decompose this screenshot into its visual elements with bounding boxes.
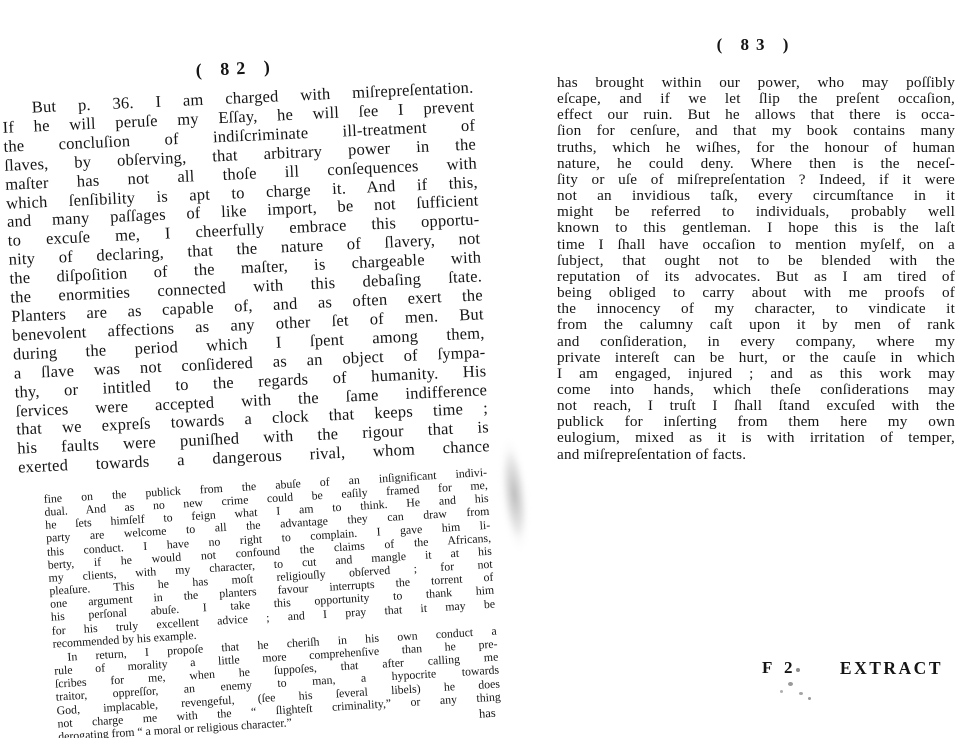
text-line: publick for inſerting from them here my … bbox=[557, 414, 955, 430]
text-line: truths, which he wiſhes, for the honour … bbox=[557, 140, 955, 156]
ink-speck bbox=[808, 697, 811, 700]
right-page: ( 83 ) has brought within our power, who… bbox=[557, 34, 955, 463]
text-line: time I ſhall have occaſion to mention my… bbox=[557, 237, 955, 253]
ink-speck bbox=[788, 682, 793, 686]
binding-smudge-artifact bbox=[488, 399, 536, 573]
text-line: has brought within our power, who may po… bbox=[557, 75, 955, 91]
text-line: known to this gentleman. I hope this is … bbox=[557, 220, 955, 236]
text-line: nature, he could deny. Where then is the… bbox=[557, 156, 955, 172]
text-line: effect our ruin. But he allows that ther… bbox=[557, 107, 955, 123]
left-main-text: But p. 36. I am charged with miſrepreſen… bbox=[1, 79, 490, 478]
text-line: the innocency of my character, to vindic… bbox=[557, 301, 955, 317]
text-line: and miſrepreſentation of facts. bbox=[557, 447, 955, 463]
text-line: reputation of its advocates. But as I am… bbox=[557, 269, 955, 285]
left-footnote: fine on the publick from the abuſe of an… bbox=[43, 466, 501, 738]
catchword-extract: EXTRACT bbox=[840, 658, 943, 679]
footnote-paragraph-1: fine on the publick from the abuſe of an… bbox=[43, 466, 496, 651]
text-line: ſion for cenſure, and that my book conta… bbox=[557, 123, 955, 139]
text-line: from the calumny caſt upon it by men of … bbox=[557, 317, 955, 333]
text-line: private intereſt can be hurt, or the cau… bbox=[557, 350, 955, 366]
text-line: might be referred to individuals, probab… bbox=[557, 204, 955, 220]
text-line: ſubject, that ought not to be blended wi… bbox=[557, 253, 955, 269]
text-line: being obliged to carry about with me pro… bbox=[557, 285, 955, 301]
text-line: not an invidious taſk, every circumſtanc… bbox=[557, 188, 955, 204]
text-line: eſcape, and if we let ſlip the preſent o… bbox=[557, 91, 955, 107]
ink-speck bbox=[796, 668, 800, 672]
ink-speck bbox=[780, 690, 783, 693]
text-line: and conſideration, in every company, whe… bbox=[557, 334, 955, 350]
text-line: come into hands, which theſe conſiderati… bbox=[557, 382, 955, 398]
catchword-has: has bbox=[479, 707, 496, 721]
text-line: I am engaged, injured ; and as this work… bbox=[557, 366, 955, 382]
left-page: ( 82 ) But p. 36. I am charged with miſr… bbox=[0, 48, 502, 738]
right-page-number: ( 83 ) bbox=[557, 34, 955, 56]
text-line: not reach, I truſt I ſhall ſtand excuſed… bbox=[557, 398, 955, 414]
ink-speck bbox=[799, 692, 803, 695]
text-line: eulogium, mixed as it is with irritation… bbox=[557, 430, 955, 446]
signature-mark: F 2 bbox=[762, 658, 797, 678]
right-main-text: has brought within our power, who may po… bbox=[557, 75, 955, 463]
text-line: ſity or uſe of miſrepreſentation ? Indee… bbox=[557, 172, 955, 188]
signature-row: F 2 EXTRACT bbox=[557, 658, 955, 680]
